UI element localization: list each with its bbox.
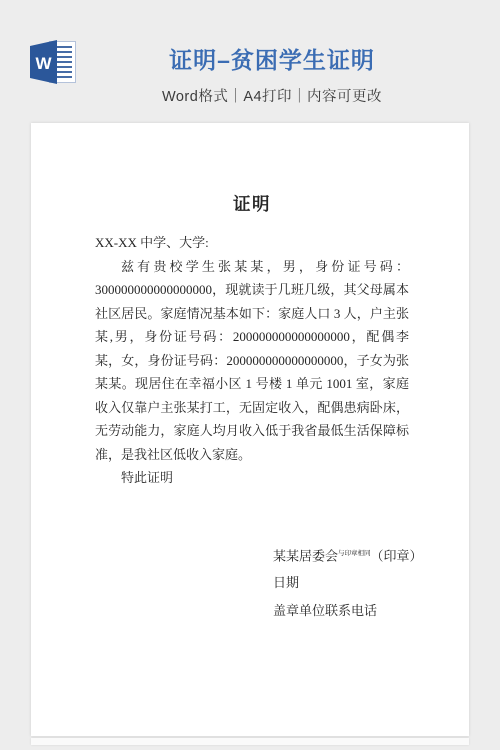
document-salutation: XX-XX 中学、大学:	[95, 231, 409, 255]
signature-org-note: 与印章相同	[338, 550, 371, 557]
template-preview-card: W 证明–贫困学生证明 Word格式｜A4打印｜内容可更改 证明 XX-XX 中…	[0, 0, 500, 750]
document-paragraph-body: 300000000000000000，现就读于几班几级，其父母属本社区居民。家庭…	[95, 278, 409, 466]
signature-org-line: 某某居委会与印章相同（印章）	[273, 540, 409, 570]
signature-date: 日期	[273, 569, 409, 597]
document-paragraph-lead: 兹有贵校学生张某某，男，身份证号码：	[95, 255, 409, 279]
signature-org: 某某居委会	[273, 548, 338, 563]
template-subtitle: Word格式｜A4打印｜内容可更改	[44, 85, 500, 106]
document-closing: 特此证明	[95, 466, 409, 490]
document-title: 证明	[95, 191, 409, 216]
signature-block: 某某居委会与印章相同（印章） 日期 盖章单位联系电话	[273, 540, 409, 625]
next-page-sliver	[31, 738, 469, 745]
template-title: 证明–贫困学生证明	[44, 42, 500, 75]
document-page: 证明 XX-XX 中学、大学: 兹有贵校学生张某某，男，身份证号码： 30000…	[31, 123, 469, 736]
signature-seal-label: （印章）	[371, 548, 423, 563]
header-titles: 证明–贫困学生证明 Word格式｜A4打印｜内容可更改	[44, 42, 500, 106]
signature-contact: 盖章单位联系电话	[273, 597, 409, 625]
header: W 证明–贫困学生证明 Word格式｜A4打印｜内容可更改	[0, 0, 500, 123]
